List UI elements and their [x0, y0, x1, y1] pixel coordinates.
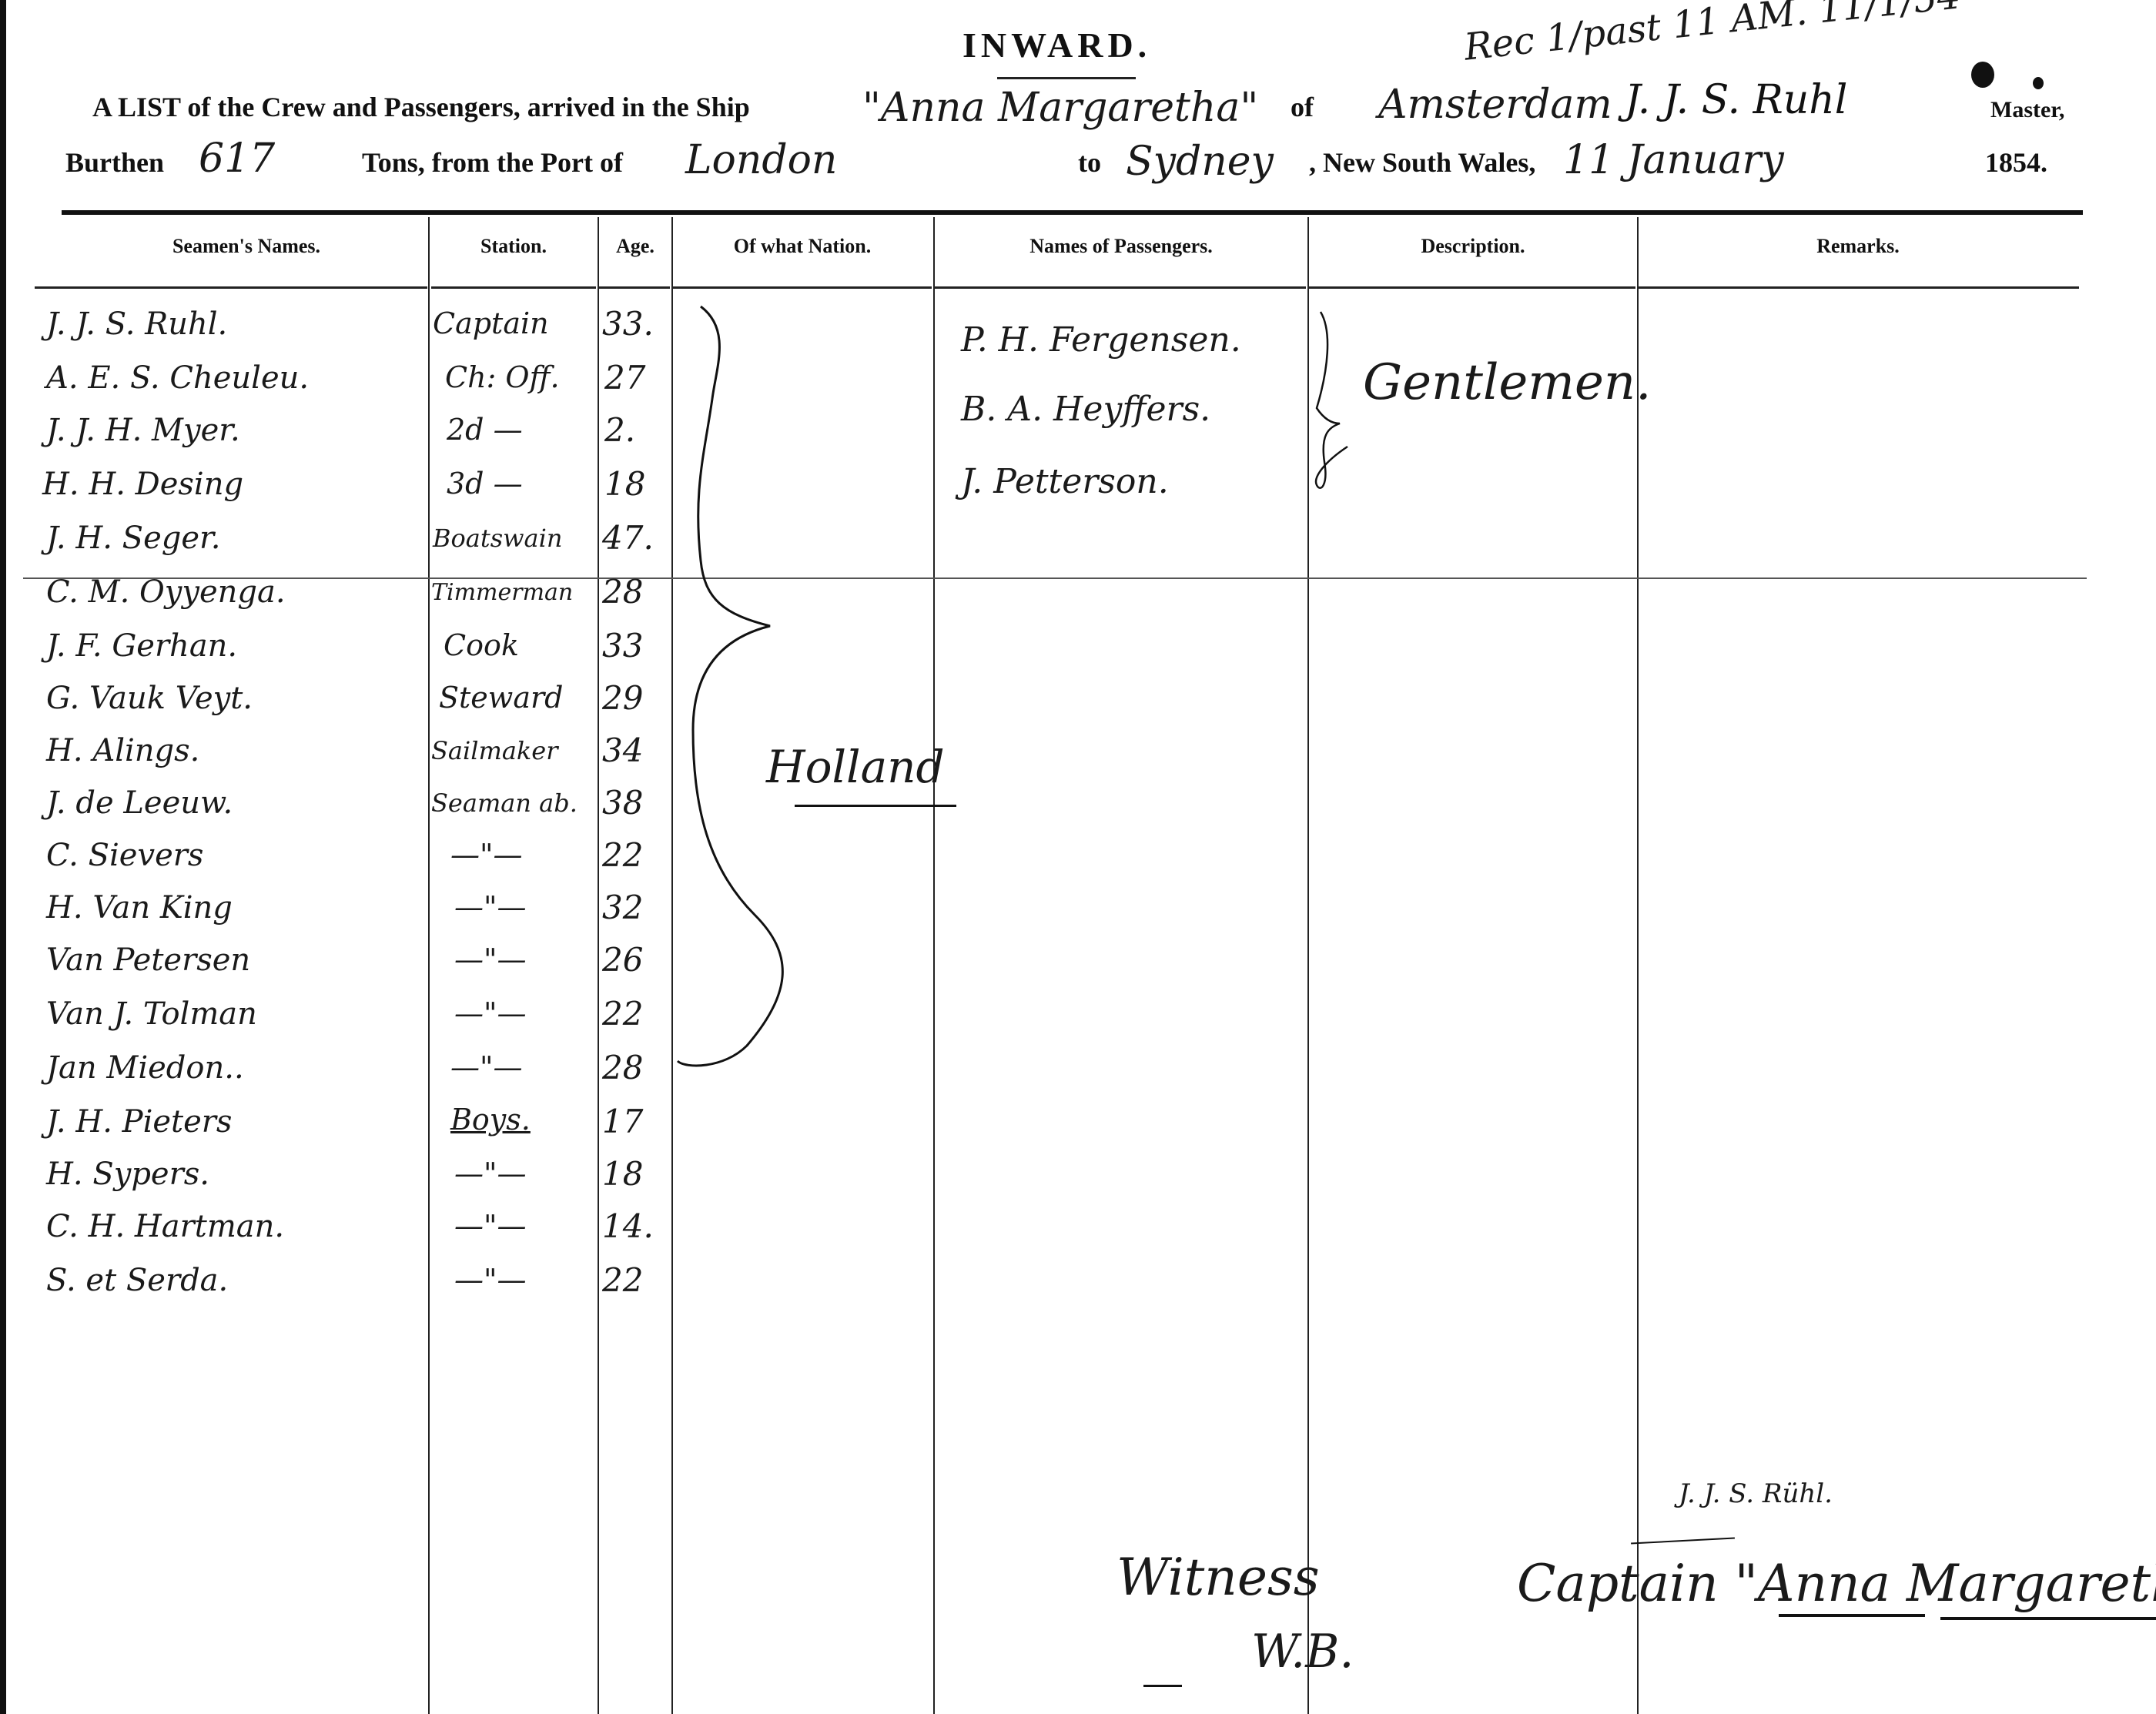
- column-divider: [933, 217, 935, 1714]
- crew-name: Van J. Tolman: [46, 996, 257, 1032]
- crew-name: C. M. Oyyenga.: [46, 574, 286, 610]
- crew-age: 27: [604, 359, 645, 397]
- header-underline: [599, 286, 670, 289]
- arrival-year: 1854.: [1985, 146, 2047, 179]
- arrival-date: 11 January: [1563, 137, 1784, 183]
- ink-blot: [1971, 62, 1994, 88]
- crew-station: —"—: [454, 1263, 526, 1297]
- crew-station: —"—: [454, 996, 526, 1030]
- crew-age: 22: [602, 1261, 643, 1299]
- crew-station: Steward: [439, 681, 563, 715]
- crew-name: C. H. Hartman.: [46, 1209, 284, 1244]
- crew-age: 26: [602, 941, 643, 979]
- crew-station: —"—: [454, 942, 526, 976]
- burthen-label: Burthen: [65, 146, 164, 179]
- header-underline: [935, 286, 1306, 289]
- crew-name: J. J. S. Ruhl.: [46, 306, 227, 342]
- crew-station: Seaman ab.: [431, 788, 577, 818]
- captain-underline: [1940, 1617, 2156, 1620]
- crew-age: 17: [602, 1103, 643, 1140]
- header-age: Age.: [599, 235, 671, 258]
- master-signature: J. J. S. Rühl.: [1679, 1478, 1833, 1509]
- crew-name: H. Alings.: [46, 733, 199, 768]
- crew-station: Boatswain: [433, 524, 562, 553]
- crew-name: J. de Leeuw.: [46, 785, 233, 821]
- crew-name: Jan Miedon..: [46, 1050, 244, 1086]
- header-seamen-names: Seamen's Names.: [69, 235, 423, 258]
- crew-station: —"—: [454, 1209, 526, 1243]
- crew-station: —"—: [450, 1050, 522, 1084]
- crew-station: Timmerman: [431, 579, 573, 606]
- crew-age: 32: [602, 889, 643, 926]
- nation-brace-icon: [662, 299, 832, 1415]
- crew-name: C. Sievers: [46, 838, 203, 873]
- master-name: J. J. S. Ruhl: [1625, 77, 1847, 123]
- received-annotation: Rec 1/past 11 AM. 11/1/54: [1462, 0, 1963, 69]
- crew-station: Cook: [444, 628, 519, 662]
- crew-station: —"—: [450, 838, 522, 872]
- tons-label: Tons, from the Port of: [362, 146, 623, 179]
- header-underline: [1639, 286, 2079, 289]
- crew-name: Van Petersen: [46, 942, 250, 978]
- header-remarks: Remarks.: [1639, 235, 2077, 258]
- header-station: Station.: [431, 235, 596, 258]
- ship-name: "Anna Margaretha": [862, 85, 1258, 131]
- of-label: of: [1291, 91, 1314, 123]
- master-label: Master,: [1990, 97, 2064, 123]
- home-port: Amsterdam: [1378, 82, 1612, 128]
- crew-station: Boys.: [450, 1103, 531, 1137]
- header-underline: [35, 286, 427, 289]
- witness-underline: [1143, 1685, 1182, 1687]
- header-passengers: Names of Passengers.: [935, 235, 1307, 258]
- crew-station: 2d —: [447, 413, 523, 447]
- crew-name: J. J. H. Myer.: [46, 413, 240, 448]
- crew-name: S. et Serda.: [46, 1263, 228, 1298]
- column-divider: [598, 217, 599, 1714]
- header-underline: [673, 286, 932, 289]
- passenger-name: B. A. Heyffers.: [961, 390, 1210, 429]
- crew-station: 3d —: [447, 467, 523, 500]
- passenger-description: Gentlemen.: [1363, 354, 1651, 411]
- crew-name: J. H. Pieters: [46, 1104, 232, 1140]
- crew-station: —"—: [454, 890, 526, 924]
- crew-name: A. E. S. Cheuleu.: [46, 360, 309, 396]
- page-title: INWARD.: [962, 25, 1151, 65]
- crew-age: 22: [602, 995, 643, 1033]
- crew-name: G. Vauk Veyt.: [46, 681, 253, 716]
- header-underline: [1309, 286, 1635, 289]
- section-divider: [23, 577, 2087, 579]
- crew-age: 18: [602, 1155, 643, 1193]
- crew-station: Captain: [433, 306, 549, 340]
- tons-value: 617: [199, 136, 275, 182]
- witness-label: Witness: [1116, 1548, 1320, 1607]
- header-underline: [431, 286, 596, 289]
- crew-name: H. Van King: [46, 890, 233, 926]
- crew-age: 34: [602, 731, 643, 769]
- crew-age: 28: [602, 1049, 643, 1086]
- crew-age: 2.: [604, 411, 635, 449]
- crew-station: Sailmaker: [431, 736, 558, 765]
- scan-edge: [0, 0, 6, 1714]
- nation-value: Holland: [766, 741, 945, 793]
- crew-age: 38: [602, 784, 643, 822]
- crew-station: —"—: [454, 1157, 526, 1190]
- to-label: to: [1078, 146, 1101, 179]
- from-port: London: [685, 137, 837, 183]
- header-nation: Of what Nation.: [673, 235, 932, 258]
- crew-age: 28: [602, 573, 643, 611]
- crew-age: 29: [602, 679, 643, 717]
- header-rule: [62, 210, 2083, 215]
- nation-underline: [795, 805, 956, 807]
- signature-rule: [1631, 1537, 1735, 1544]
- passenger-name: P. H. Fergensen.: [961, 320, 1241, 360]
- nsw-label: , New South Wales,: [1309, 146, 1535, 179]
- crew-age: 22: [602, 836, 643, 874]
- column-divider: [428, 217, 430, 1714]
- header-description: Description.: [1309, 235, 1637, 258]
- crew-name: H. Sypers.: [46, 1157, 209, 1192]
- crew-name: J. H. Seger.: [46, 521, 220, 556]
- passenger-brace-icon: [1309, 308, 1371, 500]
- crew-name: H. H. Desing: [42, 467, 243, 502]
- crew-station: Ch: Off.: [445, 360, 560, 394]
- crew-age: 47.: [602, 519, 654, 557]
- passenger-name: J. Petterson.: [961, 462, 1169, 501]
- list-caption: A LIST of the Crew and Passengers, arriv…: [92, 91, 750, 123]
- captain-underline: [1779, 1614, 1925, 1617]
- column-divider: [1637, 217, 1639, 1714]
- to-port: Sydney: [1126, 139, 1274, 185]
- title-underline: [997, 77, 1136, 79]
- witness-initials: W.B.: [1251, 1625, 1354, 1679]
- crew-age: 14.: [602, 1207, 654, 1245]
- crew-age: 33.: [602, 305, 654, 343]
- crew-name: J. F. Gerhan.: [46, 628, 237, 664]
- crew-age: 33: [602, 627, 643, 665]
- ink-blot: [2033, 77, 2044, 89]
- crew-age: 18: [604, 465, 645, 503]
- captain-line: Captain "Anna Margaretha": [1517, 1554, 2156, 1613]
